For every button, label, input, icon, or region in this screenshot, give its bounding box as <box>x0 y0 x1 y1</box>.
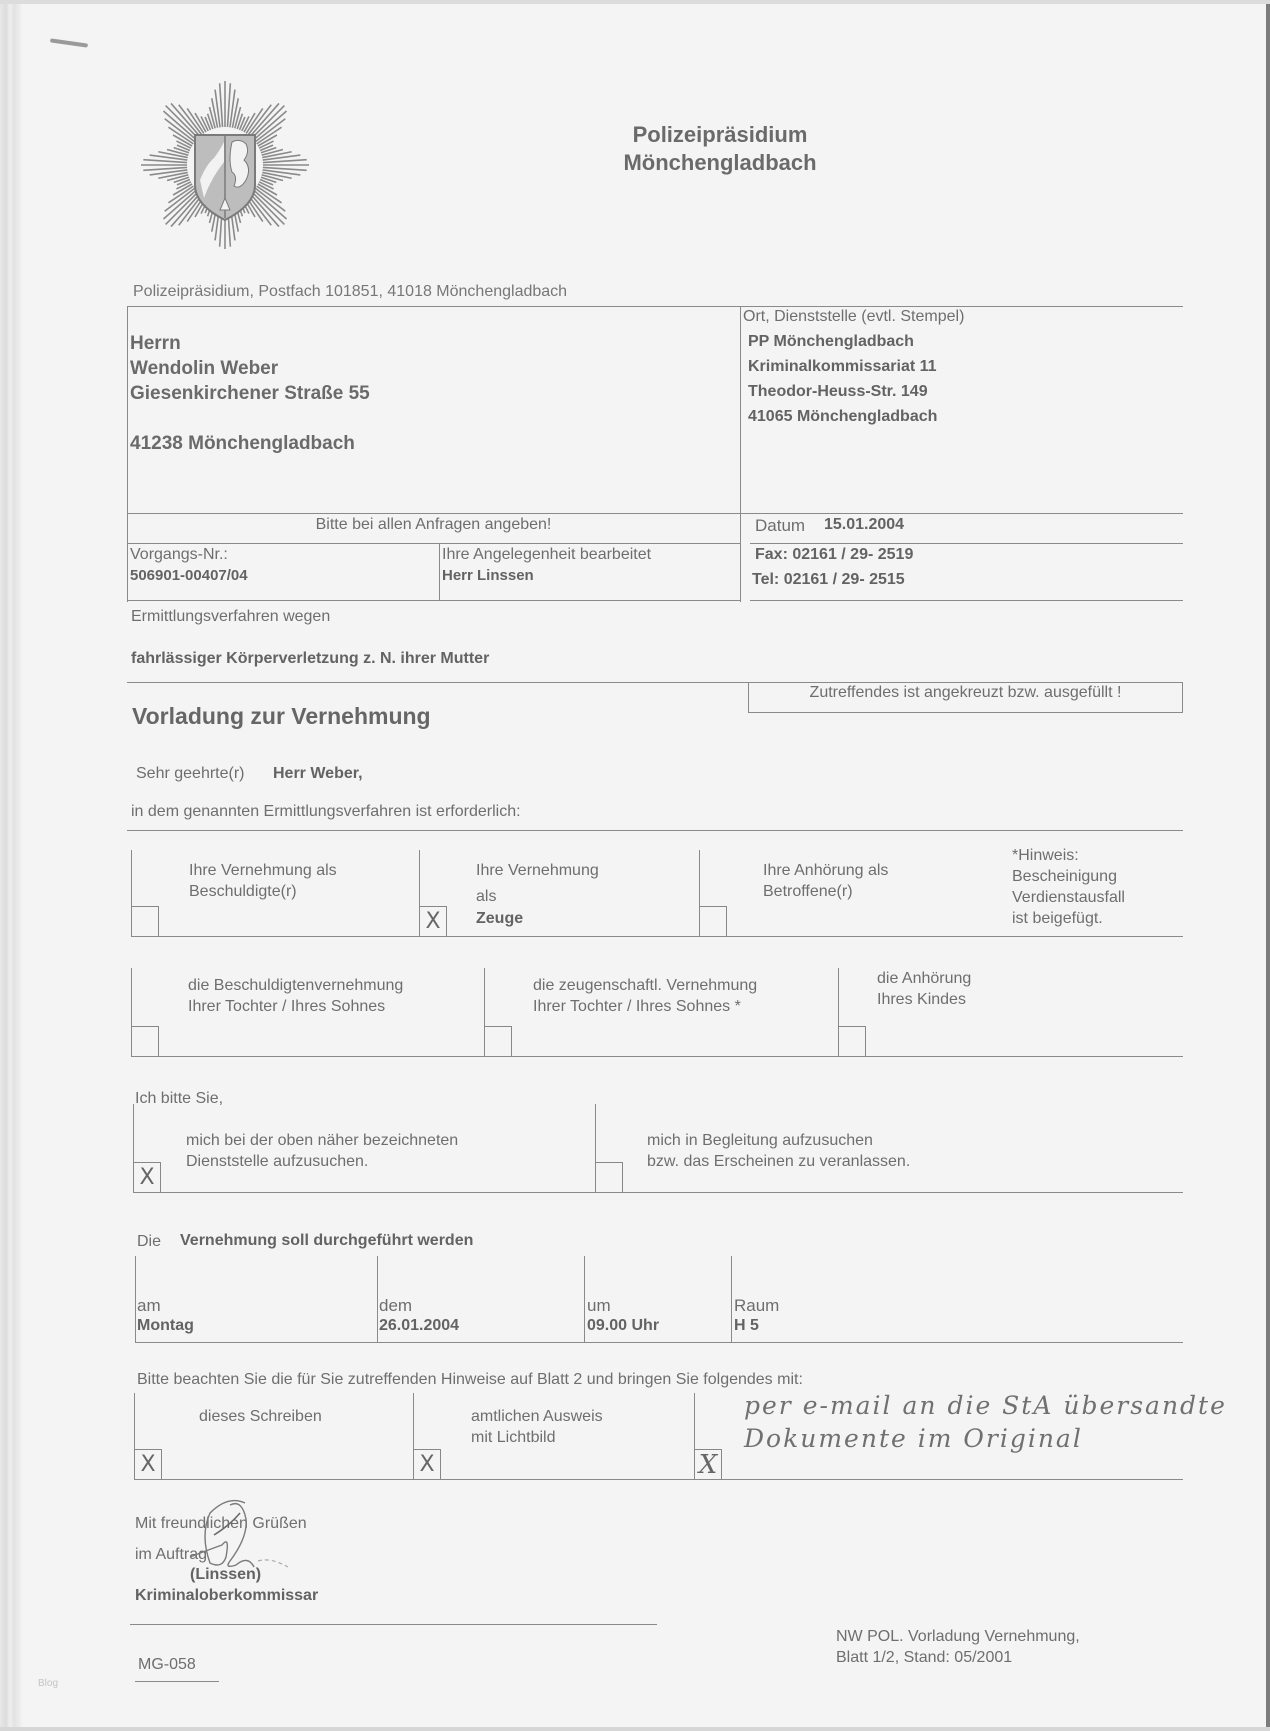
hint-note: *Hinweis: Bescheinigung Verdienstausfall… <box>1012 845 1125 929</box>
option-child-witness-line2: Ihrer Tochter / Ihres Sohnes * <box>533 998 741 1016</box>
checkbox-child-hearing[interactable] <box>838 1026 866 1056</box>
recipient-salutation: Herrn <box>130 333 181 355</box>
case-label: Ermittlungsverfahren wegen <box>131 608 330 626</box>
police-star-coat-of-arms-icon <box>140 80 310 250</box>
form-sheet: Blatt 1/2, Stand: 05/2001 <box>836 1649 1012 1667</box>
handler-label: Ihre Angelegenheit bearbeitet <box>442 546 651 564</box>
appointment-time-value: 09.00 Uhr <box>587 1317 659 1335</box>
option-witness-line2: als <box>476 888 496 906</box>
checkbox-accused[interactable] <box>131 906 159 936</box>
form-code: MG-058 <box>138 1656 196 1674</box>
stray-mark <box>50 38 88 47</box>
checkbox-child-witness[interactable] <box>484 1026 512 1056</box>
divider <box>135 1681 219 1682</box>
option-child-hearing-line2: Ihres Kindes <box>877 991 966 1009</box>
scan-edge-left <box>0 0 22 1731</box>
option-accused-line2: Beschuldigte(r) <box>189 883 297 901</box>
divider <box>127 543 740 544</box>
checkbox-this-letter[interactable]: X <box>134 1449 162 1479</box>
watermark: Blog <box>38 1678 58 1689</box>
divider <box>127 513 1183 514</box>
appointment-day-value: Montag <box>137 1317 194 1335</box>
bring-id-card-line2: mit Lichtbild <box>471 1429 555 1447</box>
hint-line-2: Bescheinigung <box>1012 866 1125 887</box>
divider <box>135 1256 136 1342</box>
phone-number: Tel: 02161 / 29- 2515 <box>752 571 905 589</box>
checkbox-visit-office[interactable]: X <box>133 1162 161 1192</box>
office-line-2: Kriminalkommissariat 11 <box>748 358 937 376</box>
scan-edge-bottom <box>0 1727 1270 1731</box>
checkbox-accompanied[interactable] <box>595 1162 623 1192</box>
option-child-accused-line1: die Beschuldigtenvernehmung <box>188 977 403 995</box>
divider <box>127 600 740 601</box>
option-witness-line3: Zeuge <box>476 910 523 928</box>
divider <box>750 600 1183 601</box>
page-title: Vorladung zur Vernehmung <box>132 703 431 730</box>
handwritten-note-line2: Dokumente im Original <box>744 1424 1083 1453</box>
divider <box>740 306 741 602</box>
divider <box>133 1192 1183 1193</box>
scan-edge-top <box>0 0 1270 4</box>
hint-line-4: ist beigefügt. <box>1012 908 1125 929</box>
request-option-1-line2: Dienststelle aufzusuchen. <box>186 1153 368 1171</box>
authority-line-1: Polizeipräsidium <box>570 121 870 149</box>
bring-label: Bitte beachten Sie die für Sie zutreffen… <box>137 1371 803 1389</box>
appointment-room-value: H 5 <box>734 1317 759 1335</box>
checkbox-affected[interactable] <box>699 906 727 936</box>
request-option-2-line1: mich in Begleitung aufzusuchen <box>647 1132 873 1150</box>
case-number-label: Vorgangs-Nr.: <box>130 546 228 564</box>
recipient-city: 41238 Mönchengladbach <box>130 433 355 455</box>
divider <box>135 1342 1183 1343</box>
hint-line-1: *Hinweis: <box>1012 845 1125 866</box>
case-number: 506901-00407/04 <box>130 567 248 584</box>
divider <box>731 1256 732 1342</box>
signature-icon <box>170 1495 320 1575</box>
handwritten-note-line1: per e-mail an die StA übersandte <box>744 1391 1227 1420</box>
option-witness-line1: Ihre Vernehmung <box>476 862 599 880</box>
option-child-hearing-line1: die Anhörung <box>877 970 971 988</box>
option-accused-line1: Ihre Vernehmung als <box>189 862 337 880</box>
checkbox-id-card[interactable]: X <box>413 1449 441 1479</box>
checkbox-witness[interactable]: X <box>419 906 447 936</box>
office-line-3: Theodor-Heuss-Str. 149 <box>748 383 928 401</box>
request-option-1-line1: mich bei der oben näher bezeichneten <box>186 1132 458 1150</box>
authority-name: Polizeipräsidium Mönchengladbach <box>570 121 870 177</box>
appointment-date-label: dem <box>379 1296 412 1316</box>
divider <box>131 936 1183 937</box>
form-name: NW POL. Vorladung Vernehmung, <box>836 1628 1080 1646</box>
appointment-label: Vernehmung soll durchgeführt werden <box>180 1232 473 1250</box>
divider <box>750 543 1183 544</box>
divider <box>584 1256 585 1342</box>
date-value: 15.01.2004 <box>824 516 904 534</box>
option-child-witness-line1: die zeugenschaftl. Vernehmung <box>533 977 757 995</box>
option-child-accused-line2: Ihrer Tochter / Ihres Sohnes <box>188 998 385 1016</box>
office-line-4: 41065 Mönchengladbach <box>748 408 937 426</box>
appointment-date-value: 26.01.2004 <box>379 1317 459 1335</box>
option-affected-line2: Betroffene(r) <box>763 883 853 901</box>
request-option-2-line2: bzw. das Erscheinen zu veranlassen. <box>647 1153 910 1171</box>
recipient-street: Giesenkirchener Straße 55 <box>130 383 370 405</box>
signer-rank: Kriminaloberkommissar <box>135 1587 318 1605</box>
fax-number: Fax: 02161 / 29- 2519 <box>755 546 913 564</box>
option-affected-line1: Ihre Anhörung als <box>763 862 888 880</box>
bring-id-card-line1: amtlichen Ausweis <box>471 1408 603 1426</box>
divider <box>127 306 1183 307</box>
greeting-prefix: Sehr geehrte(r) <box>136 765 245 783</box>
case-subject: fahrlässiger Körperverletzung z. N. ihre… <box>131 650 489 668</box>
hint-line-3: Verdienstausfall <box>1012 887 1125 908</box>
divider <box>131 1056 1183 1057</box>
divider <box>127 830 1183 831</box>
return-address: Polizeipräsidium, Postfach 101851, 41018… <box>133 283 567 301</box>
intro-text: in dem genannten Ermittlungsverfahren is… <box>131 803 521 821</box>
divider <box>134 1479 1183 1480</box>
recipient-name: Wendolin Weber <box>130 358 278 380</box>
divider <box>130 1624 657 1625</box>
scan-edge-right <box>1266 0 1270 1731</box>
bring-this-letter: dieses Schreiben <box>199 1408 322 1426</box>
divider <box>377 1256 378 1342</box>
reference-note: Bitte bei allen Anfragen angeben! <box>127 516 740 534</box>
appointment-prefix: Die <box>137 1233 161 1251</box>
divider <box>127 306 128 602</box>
office-label: Ort, Dienststelle (evtl. Stempel) <box>743 308 964 326</box>
date-label: Datum <box>755 516 805 536</box>
divider <box>439 543 440 600</box>
handler-name: Herr Linssen <box>442 567 534 584</box>
notice-box: Zutreffendes ist angekreuzt bzw. ausgefü… <box>748 682 1183 713</box>
appointment-day-label: am <box>137 1296 161 1316</box>
authority-line-2: Mönchengladbach <box>570 149 870 177</box>
office-line-1: PP Mönchengladbach <box>748 333 914 351</box>
appointment-time-label: um <box>587 1296 611 1316</box>
checkbox-child-accused[interactable] <box>131 1026 159 1056</box>
notice-text: Zutreffendes ist angekreuzt bzw. ausgefü… <box>749 684 1182 702</box>
request-label: Ich bitte Sie, <box>135 1090 223 1108</box>
appointment-room-label: Raum <box>734 1296 779 1316</box>
greeting-name: Herr Weber, <box>273 765 363 783</box>
checkbox-handwritten-other[interactable]: X <box>694 1449 722 1479</box>
